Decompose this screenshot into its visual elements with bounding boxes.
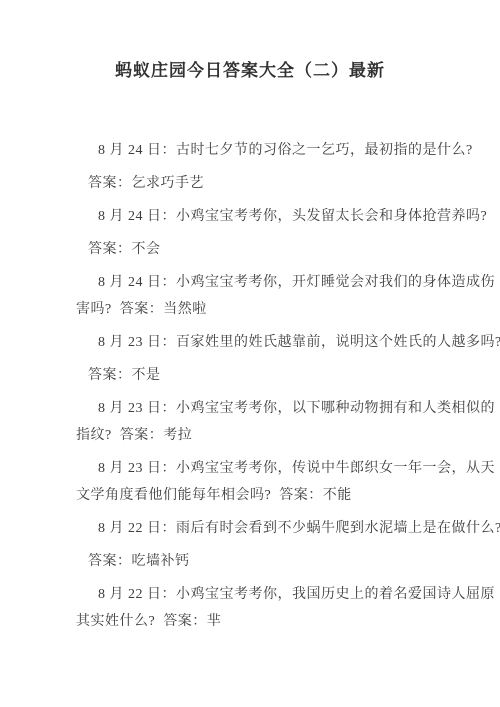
document-body: 8 月 24 日：古时七夕节的习俗之一乞巧，最初指的是什么?答案：乞求巧手艺8 … [76, 137, 428, 635]
text-line: 8 月 23 日：小鸡宝宝考考你，以下哪种动物拥有和人类相似的 [76, 395, 428, 422]
text-line: 害吗? 答案：当然啦 [76, 296, 428, 323]
question-paragraph: 8 月 23 日：小鸡宝宝考考你，传说中牛郎织女一年一会，从天文学角度看他们能每… [76, 455, 428, 509]
text-line: 8 月 22 日：小鸡宝宝考考你，我国历史上的着名爱国诗人屈原 [76, 581, 428, 608]
text-line: 8 月 24 日：小鸡宝宝考考你，开灯睡觉会对我们的身体造成伤 [76, 269, 428, 296]
text-line: 8 月 24 日：小鸡宝宝考考你，头发留太长会和身体抢营养吗? [76, 203, 428, 230]
question-paragraph: 8 月 23 日：百家姓里的姓氏越靠前，说明这个姓氏的人越多吗? [76, 329, 428, 356]
question-paragraph: 8 月 23 日：小鸡宝宝考考你，以下哪种动物拥有和人类相似的指纹? 答案：考拉 [76, 395, 428, 449]
text-line: 答案：乞求巧手艺 [76, 170, 428, 197]
question-paragraph: 8 月 24 日：古时七夕节的习俗之一乞巧，最初指的是什么? [76, 137, 428, 164]
answer-paragraph: 答案：不会 [76, 236, 428, 263]
question-paragraph: 8 月 22 日：雨后有时会看到不少蜗牛爬到水泥墙上是在做什么? [76, 515, 428, 542]
answer-paragraph: 答案：不是 [76, 362, 428, 389]
text-line: 8 月 22 日：雨后有时会看到不少蜗牛爬到水泥墙上是在做什么? [76, 515, 428, 542]
text-line: 答案：不会 [76, 236, 428, 263]
document-page: 蚂蚁庄园今日答案大全（二）最新 8 月 24 日：古时七夕节的习俗之一乞巧，最初… [0, 0, 500, 707]
text-line: 其实姓什么? 答案：芈 [76, 608, 428, 635]
answer-paragraph: 答案：乞求巧手艺 [76, 170, 428, 197]
question-paragraph: 8 月 22 日：小鸡宝宝考考你，我国历史上的着名爱国诗人屈原其实姓什么? 答案… [76, 581, 428, 635]
text-line: 指纹? 答案：考拉 [76, 422, 428, 449]
answer-paragraph: 答案：吃墙补钙 [76, 548, 428, 575]
question-paragraph: 8 月 24 日：小鸡宝宝考考你，开灯睡觉会对我们的身体造成伤害吗? 答案：当然… [76, 269, 428, 323]
text-line: 8 月 24 日：古时七夕节的习俗之一乞巧，最初指的是什么? [76, 137, 428, 164]
text-line: 文学角度看他们能每年相会吗? 答案：不能 [76, 482, 428, 509]
text-line: 8 月 23 日：小鸡宝宝考考你，传说中牛郎织女一年一会，从天 [76, 455, 428, 482]
text-line: 答案：吃墙补钙 [76, 548, 428, 575]
text-line: 8 月 23 日：百家姓里的姓氏越靠前，说明这个姓氏的人越多吗? [76, 329, 428, 356]
question-paragraph: 8 月 24 日：小鸡宝宝考考你，头发留太长会和身体抢营养吗? [76, 203, 428, 230]
text-line: 答案：不是 [76, 362, 428, 389]
page-title: 蚂蚁庄园今日答案大全（二）最新 [0, 59, 500, 82]
